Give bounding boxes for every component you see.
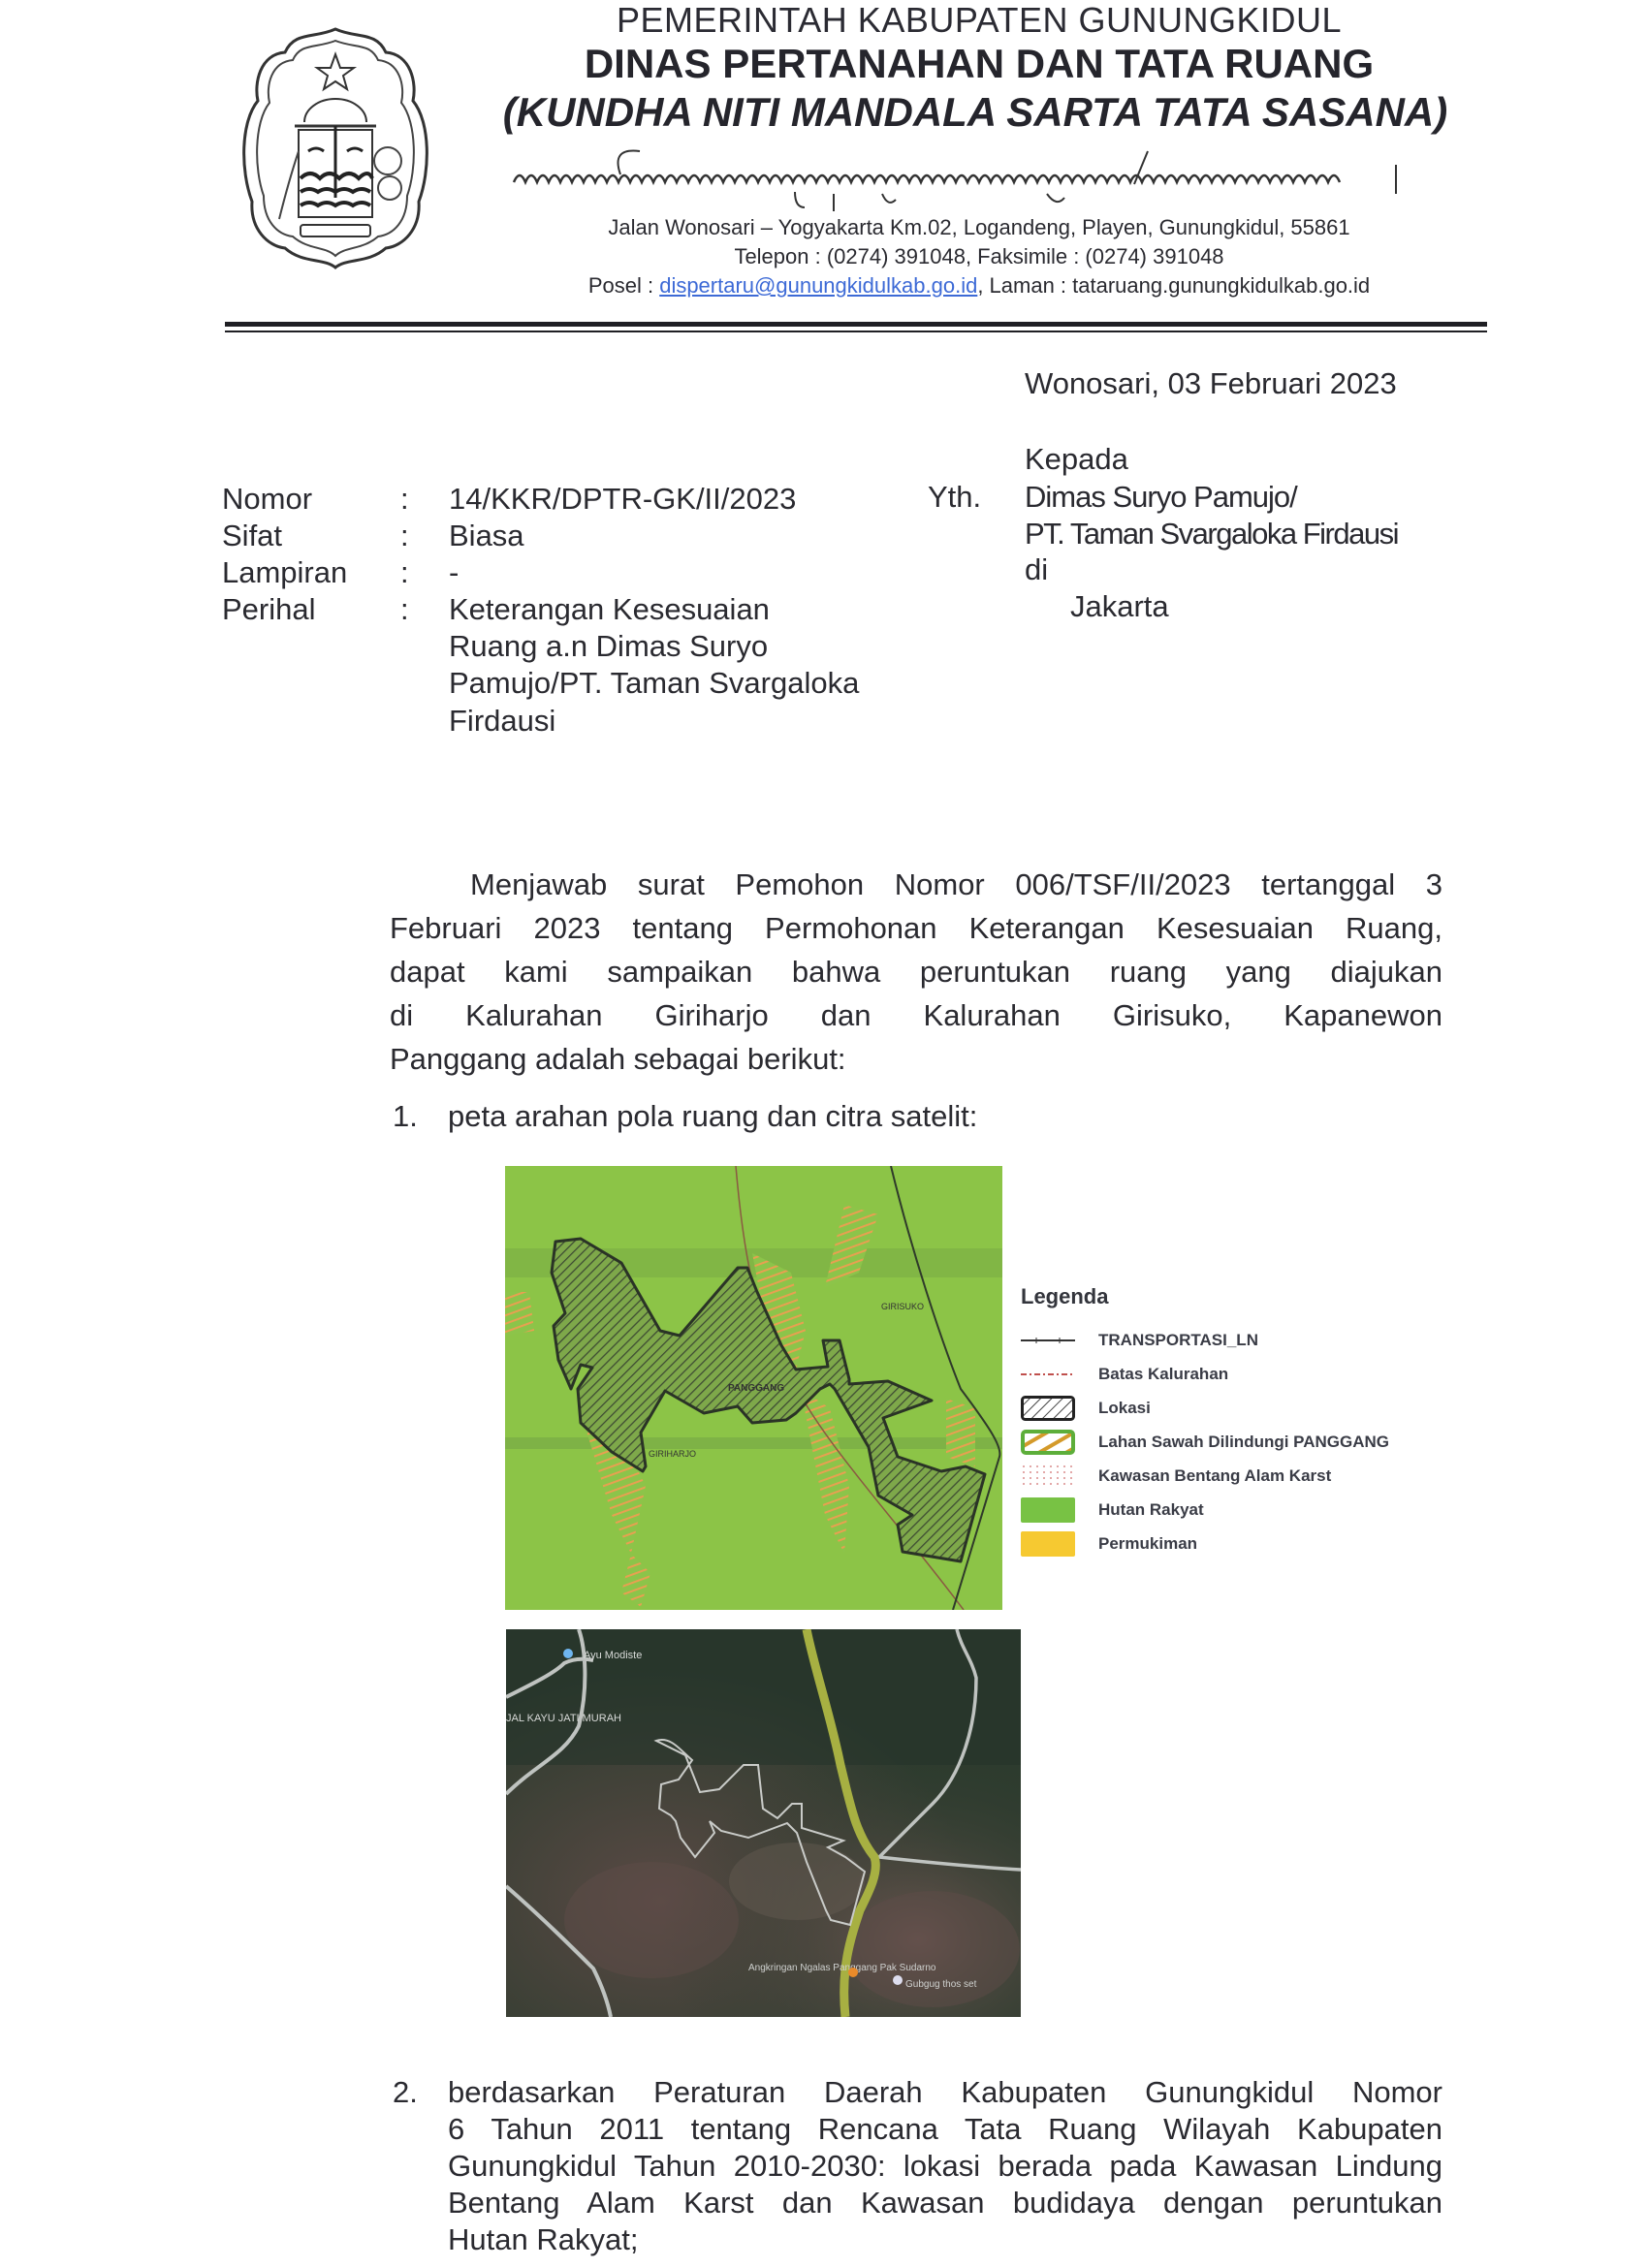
hatched-box-icon [1021, 1396, 1075, 1421]
list-item-text-line: Bentang Alam Karst dan Kawasan budidaya … [448, 2186, 1442, 2221]
list-item-text-line: berdasarkan Peraturan Daerah Kabupaten G… [448, 2075, 1442, 2110]
legend-item: Lahan Sawah Dilindungi PANGGANG [1021, 1425, 1428, 1459]
permukiman-swatch-icon [1021, 1531, 1075, 1557]
map-legend: Legenda TRANSPORTASI_LN Batas Kalurahan … [1021, 1284, 1428, 1560]
letterhead-divider-thin [225, 331, 1487, 332]
hutan-rakyat-swatch-icon [1021, 1497, 1075, 1523]
karst-dots-icon [1021, 1464, 1075, 1489]
list-item-text-line: Gunungkidul Tahun 2010-2030: lokasi bera… [448, 2149, 1442, 2184]
letterhead-agency-javanese: (KUNDHA NITI MANDALA SARTA TATA SASANA) [461, 89, 1489, 136]
road-line-icon [1021, 1328, 1075, 1353]
map-label-giriharjo: GIRIHARJO [649, 1449, 696, 1459]
satellite-label-poi1: Ayu Modiste [584, 1650, 642, 1661]
javanese-script-line [504, 145, 1406, 213]
list-item-text-line: 6 Tahun 2011 tentang Rencana Tata Ruang … [448, 2112, 1442, 2147]
letterhead-contact: Posel : dispertaru@gunungkidulkab.go.id,… [465, 273, 1493, 299]
legend-item: Lokasi [1021, 1391, 1428, 1425]
sawah-hatch-icon [1021, 1430, 1075, 1455]
list-item-text: peta arahan pola ruang dan citra satelit… [448, 1099, 977, 1134]
legend-item: Kawasan Bentang Alam Karst [1021, 1459, 1428, 1493]
body-paragraph-line: di Kalurahan Giriharjo dan Kalurahan Gir… [390, 998, 1442, 1033]
letterhead-address: Jalan Wonosari – Yogyakarta Km.02, Logan… [465, 215, 1493, 240]
meta-value-lampiran: - [449, 555, 459, 590]
website-label: , Laman : tataruang.gunungkidulkab.go.id [977, 273, 1370, 298]
satellite-label-area: JAL KAYU JATI MURAH [506, 1713, 621, 1724]
recipient-yth: Yth. [928, 480, 981, 515]
letterhead-divider [225, 322, 1487, 327]
body-paragraph-line: dapat kami sampaikan bahwa peruntukan ru… [390, 955, 1442, 990]
meta-value-perihal-cont: Firdausi [449, 704, 555, 739]
meta-value-perihal-cont: Ruang a.n Dimas Suryo [449, 629, 768, 664]
gunungkidul-coat-of-arms-icon [240, 25, 430, 269]
letter-date: Wonosari, 03 Februari 2023 [1025, 366, 1397, 401]
posel-label: Posel : [588, 273, 659, 298]
meta-label-nomor: Nomor [222, 482, 312, 517]
legend-title: Legenda [1021, 1284, 1428, 1309]
dashed-boundary-icon [1021, 1362, 1075, 1387]
body-paragraph-line: Februari 2023 tentang Permohonan Keteran… [390, 911, 1442, 946]
list-item-number: 1. [393, 1099, 418, 1134]
map-label-panggang: PANGGANG [728, 1383, 784, 1394]
meta-value-perihal-cont: Pamujo/PT. Taman Svargaloka [449, 666, 859, 701]
satellite-label-poi3: Gubgug thos set [905, 1979, 977, 1990]
list-item-number: 2. [393, 2075, 418, 2110]
map-label-girisuko: GIRISUKO [881, 1302, 924, 1311]
list-item-text-line: Hutan Rakyat; [448, 2222, 1442, 2257]
body-paragraph-line: Panggang adalah sebagai berikut: [390, 1042, 1442, 1077]
meta-value-sifat: Biasa [449, 519, 524, 553]
recipient-kepada: Kepada [1025, 442, 1128, 477]
legend-label: Batas Kalurahan [1098, 1365, 1228, 1384]
body-paragraph-line: Menjawab surat Pemohon Nomor 006/TSF/II/… [470, 867, 1442, 902]
legend-label: Kawasan Bentang Alam Karst [1098, 1466, 1331, 1486]
meta-label-perihal: Perihal [222, 592, 316, 627]
satellite-image: Ayu Modiste JAL KAYU JATI MURAH Angkring… [506, 1629, 1021, 2017]
letterhead-phone: Telepon : (0274) 391048, Faksimile : (02… [465, 244, 1493, 269]
map-pin-icon [563, 1649, 573, 1658]
legend-item: Permukiman [1021, 1527, 1428, 1560]
map-pin-icon [848, 1968, 858, 1977]
recipient-name: Dimas Suryo Pamujo/ [1025, 480, 1297, 515]
legend-item: Batas Kalurahan [1021, 1357, 1428, 1391]
letterhead-agency: DINAS PERTANAHAN DAN TATA RUANG [465, 41, 1493, 87]
meta-colon: : [400, 592, 409, 627]
meta-value-perihal: Keterangan Kesesuaian [449, 592, 770, 627]
legend-label: TRANSPORTASI_LN [1098, 1331, 1258, 1350]
spatial-pattern-map: GIRISUKO PANGGANG GIRIHARJO [505, 1166, 1002, 1610]
meta-label-sifat: Sifat [222, 519, 282, 553]
legend-item: TRANSPORTASI_LN [1021, 1323, 1428, 1357]
meta-value-nomor: 14/KKR/DPTR-GK/II/2023 [449, 482, 796, 517]
meta-colon: : [400, 519, 409, 553]
letterhead-government: PEMERINTAH KABUPATEN GUNUNGKIDUL [465, 0, 1493, 41]
recipient-city: Jakarta [1070, 589, 1169, 624]
legend-label: Lahan Sawah Dilindungi PANGGANG [1098, 1433, 1389, 1452]
recipient-di: di [1025, 552, 1048, 587]
meta-colon: : [400, 555, 409, 590]
meta-label-lampiran: Lampiran [222, 555, 347, 590]
email-link[interactable]: dispertaru@gunungkidulkab.go.id [659, 273, 977, 298]
legend-label: Lokasi [1098, 1399, 1151, 1418]
map-pin-icon [893, 1975, 903, 1985]
legend-label: Permukiman [1098, 1534, 1197, 1554]
satellite-label-poi2: Angkringan Ngalas Panggang Pak Sudarno [748, 1963, 936, 1973]
recipient-company: PT. Taman Svargaloka Firdausi [1025, 517, 1398, 551]
legend-item: Hutan Rakyat [1021, 1493, 1428, 1527]
legend-label: Hutan Rakyat [1098, 1500, 1204, 1520]
meta-colon: : [400, 482, 409, 517]
